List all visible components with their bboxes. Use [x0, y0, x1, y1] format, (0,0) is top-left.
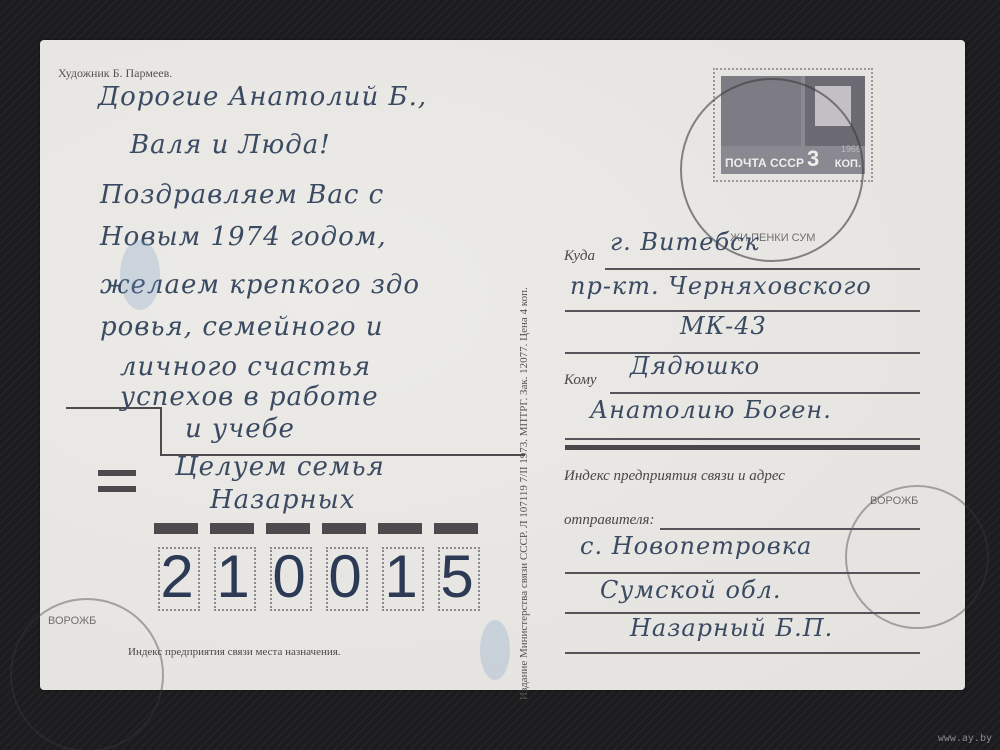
message-line: ровья, семейного и: [100, 312, 384, 342]
divider-line: [160, 407, 162, 454]
marker-bar: [98, 486, 136, 492]
sender-line: Назарный Б.П.: [630, 614, 833, 642]
address-line: [565, 572, 920, 574]
sender-line: с. Новопетровка: [580, 532, 812, 560]
zip-bar: [154, 523, 198, 534]
zip-bar: [266, 523, 310, 534]
zip-bar: [378, 523, 422, 534]
postmark-text: ВОРОЖБ: [870, 495, 918, 507]
postmark-text: ВОРОЖБ: [48, 615, 96, 627]
sender-line: Сумской обл.: [600, 576, 782, 604]
watermark: www.ay.by: [938, 733, 992, 744]
whom-line: Дядюшко: [630, 352, 760, 380]
postcard: Художник Б. Пармеев. Дорогие Анатолий Б.…: [40, 40, 965, 690]
to-line: г. Витебск: [610, 228, 760, 256]
to-line: пр-кт. Черняховского: [570, 272, 872, 300]
zip-digit: 1: [380, 545, 422, 609]
to-line: МК-43: [680, 312, 767, 340]
message-line: Целуем семья: [175, 452, 385, 482]
ink-smudge: [120, 240, 160, 310]
address-line: [610, 392, 920, 394]
zip-bar: [322, 523, 366, 534]
zip-digit: 0: [324, 545, 366, 609]
message-line: Поздравляем Вас с: [100, 180, 384, 210]
publisher-line: Издание Министерства связи СССР. Л 10711…: [518, 120, 530, 700]
message-line: личного счастья: [120, 352, 371, 382]
thick-divider: [565, 445, 920, 450]
zip-bar: [210, 523, 254, 534]
artist-credit: Художник Б. Пармеев.: [58, 66, 172, 81]
address-line: [565, 438, 920, 440]
message-line: и учебе: [185, 414, 295, 444]
zip-digit: 1: [212, 545, 254, 609]
zip-bar: [434, 523, 478, 534]
to-label: Куда: [564, 248, 595, 265]
divider-line: [160, 454, 525, 456]
ink-smudge: [480, 620, 510, 680]
message-line: Назарных: [210, 485, 355, 515]
marker-bar: [98, 470, 136, 476]
sender-label: отправителя:: [564, 512, 654, 529]
zip-digit: 0: [268, 545, 310, 609]
sender-label: Индекс предприятия связи и адрес: [564, 468, 785, 485]
address-line: [605, 268, 920, 270]
message-line: Дорогие Анатолий Б.,: [98, 82, 427, 112]
divider-line: [66, 407, 161, 409]
whom-line: Анатолию Боген.: [590, 396, 832, 424]
zip-digit: 2: [156, 545, 198, 609]
address-line: [565, 652, 920, 654]
whom-label: Кому: [564, 372, 597, 389]
address-line: [660, 528, 920, 530]
zip-digit: 5: [436, 545, 478, 609]
message-line: Валя и Люда!: [130, 130, 331, 160]
